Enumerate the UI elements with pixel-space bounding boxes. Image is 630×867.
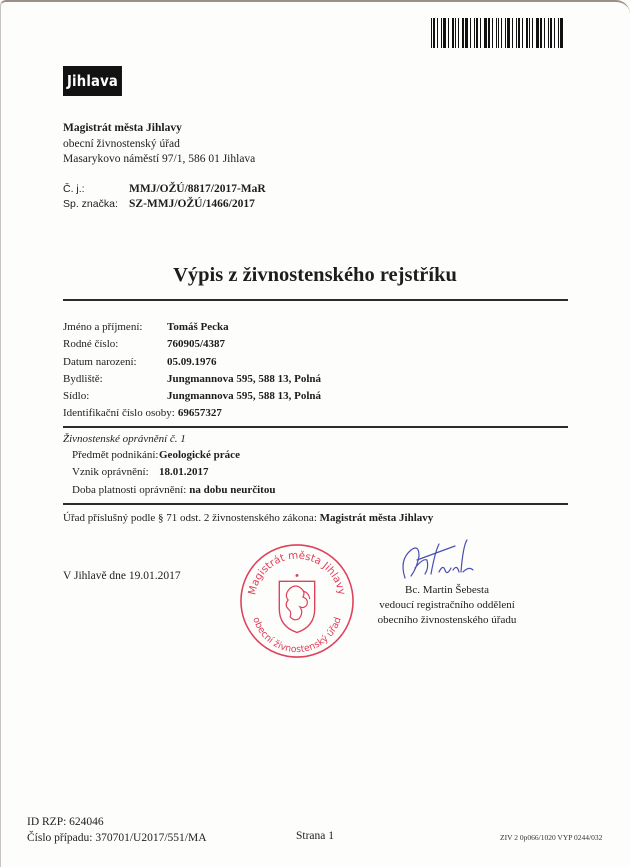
- sender-address: Masarykovo náměstí 97/1, 586 01 Jihlava: [63, 152, 255, 168]
- permit-heading: Živnostenské oprávnění č. 1: [63, 431, 275, 447]
- detail-value: 69657327: [178, 405, 222, 422]
- sender-dept: obecní živnostenský úřad: [63, 137, 255, 153]
- reference-block: Č. j.: MMJ/OŽÚ/8817/2017-MaR Sp. značka:…: [63, 182, 266, 212]
- permit-label: Předmět podnikání:: [72, 447, 159, 464]
- detail-label: Datum narození:: [63, 354, 167, 371]
- permit-row: Vznik oprávnění: 18.01.2017: [72, 464, 275, 481]
- official-stamp-icon: Magistrát města Jihlavy obecní živnosten…: [238, 542, 356, 660]
- signature-icon: [397, 538, 477, 588]
- permit-value: Geologické práce: [159, 447, 240, 464]
- signer-role: vedoucí registračního oddělení: [362, 598, 532, 613]
- form-code: ZIV 2 0p066/1020 VYP 0244/032: [500, 833, 602, 842]
- divider: [63, 426, 568, 428]
- detail-value: Jungmannova 595, 588 13, Polná: [167, 388, 321, 405]
- stamp-top-text: Magistrát města Jihlavy: [246, 549, 348, 596]
- divider: [63, 299, 568, 301]
- permit-value: na dobu neurčitou: [189, 482, 275, 499]
- sender-org: Magistrát města Jihlavy: [63, 121, 255, 137]
- office-label: Úřad příslušný podle § 71 odst. 2 živnos…: [63, 512, 317, 524]
- detail-label: Identifikační číslo osoby:: [63, 405, 175, 422]
- detail-label: Rodné číslo:: [63, 336, 167, 353]
- case-number: Číslo případu: 370701/U2017/551/MA: [27, 831, 207, 847]
- ref-label: Sp. značka:: [63, 197, 129, 212]
- jihlava-logo: Jihlava: [63, 66, 122, 96]
- permit-value: 18.01.2017: [159, 464, 209, 481]
- document-title: Výpis z živnostenského rejstříku: [0, 264, 630, 287]
- detail-value: Tomáš Pecka: [167, 319, 229, 336]
- id-rzp: ID RZP: 624046: [27, 815, 207, 831]
- signer-block: Bc. Martin Šebesta vedoucí registračního…: [362, 583, 532, 628]
- detail-label: Jméno a příjmení:: [63, 319, 167, 336]
- ref-label: Č. j.:: [63, 182, 129, 197]
- permit-label: Vznik oprávnění:: [72, 464, 159, 481]
- detail-value: 760905/4387: [167, 336, 225, 353]
- competent-office: Úřad příslušný podle § 71 odst. 2 živnos…: [63, 512, 433, 524]
- detail-row: Jméno a příjmení: Tomáš Pecka: [63, 319, 321, 336]
- ref-row: Č. j.: MMJ/OŽÚ/8817/2017-MaR: [63, 182, 266, 197]
- footer-ids: ID RZP: 624046 Číslo případu: 370701/U20…: [27, 815, 207, 846]
- detail-row: Sídlo: Jungmannova 595, 588 13, Polná: [63, 388, 321, 405]
- permit-label: Doba platnosti oprávnění:: [72, 482, 186, 499]
- signer-role: obecního živnostenského úřadu: [362, 613, 532, 628]
- permit-block: Živnostenské oprávnění č. 1 Předmět podn…: [63, 431, 275, 499]
- detail-row: Datum narození: 05.09.1976: [63, 354, 321, 371]
- page-number: Strana 1: [296, 830, 334, 842]
- sender-block: Magistrát města Jihlavy obecní živnosten…: [63, 121, 255, 168]
- office-value: Magistrát města Jihlavy: [320, 512, 434, 524]
- detail-label: Sídlo:: [63, 388, 167, 405]
- ref-value: MMJ/OŽÚ/8817/2017-MaR: [129, 182, 266, 197]
- detail-row: Rodné číslo: 760905/4387: [63, 336, 321, 353]
- ref-value: SZ-MMJ/OŽÚ/1466/2017: [129, 197, 255, 212]
- permit-row: Doba platnosti oprávnění: na dobu neurči…: [72, 482, 275, 499]
- detail-value: 05.09.1976: [167, 354, 217, 371]
- stamp-bottom-text: obecní živnostenský úřad: [250, 616, 343, 655]
- detail-value: Jungmannova 595, 588 13, Polná: [167, 371, 321, 388]
- divider: [63, 503, 568, 505]
- permit-row: Předmět podnikání: Geologické práce: [72, 447, 275, 464]
- detail-row: Bydliště: Jungmannova 595, 588 13, Polná: [63, 371, 321, 388]
- detail-label: Bydliště:: [63, 371, 167, 388]
- barcode-icon: [431, 18, 565, 48]
- detail-row: Identifikační číslo osoby: 69657327: [63, 405, 321, 422]
- signer-name: Bc. Martin Šebesta: [362, 583, 532, 598]
- place-date: V Jihlavě dne 19.01.2017: [63, 570, 181, 582]
- ref-row: Sp. značka: SZ-MMJ/OŽÚ/1466/2017: [63, 197, 266, 212]
- person-details: Jméno a příjmení: Tomáš Pecka Rodné čísl…: [63, 319, 321, 423]
